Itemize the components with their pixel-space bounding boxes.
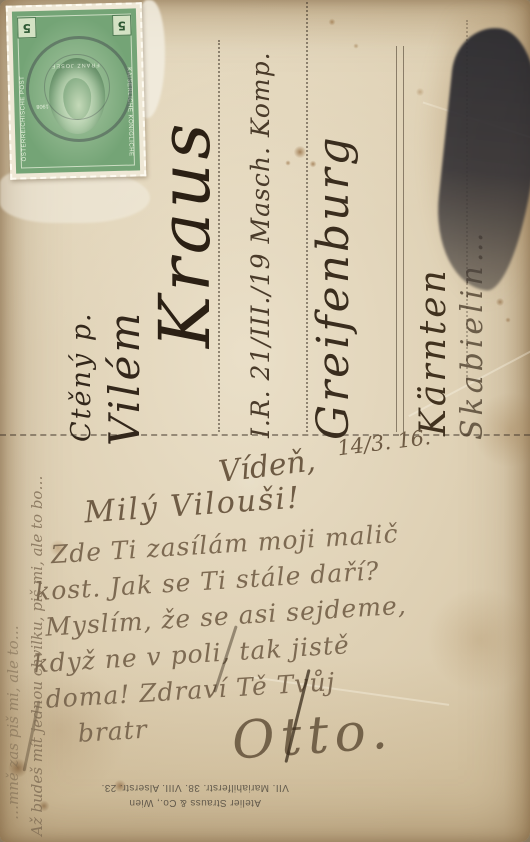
address-last-name: Kraus bbox=[150, 120, 220, 349]
address-salutation: Ctěný p. bbox=[68, 311, 95, 442]
address-rule-3b bbox=[403, 46, 404, 432]
stamp-year: 1908 bbox=[36, 103, 48, 109]
postmark-inner-icon bbox=[44, 54, 110, 120]
address-town: Greifenburg bbox=[312, 134, 356, 440]
postcard: Ctěný p. Vilém Kraus I.R. 21/III./19 Mas… bbox=[0, 0, 530, 842]
imprint-line1: Atelier Strauss & Co., Wien bbox=[55, 795, 335, 810]
address-rule-3a bbox=[396, 46, 397, 432]
margin-note-2: …mně zas piš mi, ale to… bbox=[6, 625, 21, 820]
signature: Otto. bbox=[230, 700, 395, 771]
stamp-value-left: 5 bbox=[112, 15, 132, 36]
address-unit: I.R. 21/III./19 Masch. Komp. bbox=[248, 51, 273, 438]
margin-note-1: Až budeš mít jednou chvilku, piš mi, ale… bbox=[30, 476, 45, 836]
address-first-name: Vilém bbox=[104, 310, 146, 446]
stamp-value-right: 5 bbox=[17, 17, 37, 38]
imprint-line2: VII. Mariahilferstr. 38. VIII. Alserstr.… bbox=[55, 780, 335, 795]
publisher-imprint: Atelier Strauss & Co., Wien VII. Mariahi… bbox=[55, 780, 335, 810]
